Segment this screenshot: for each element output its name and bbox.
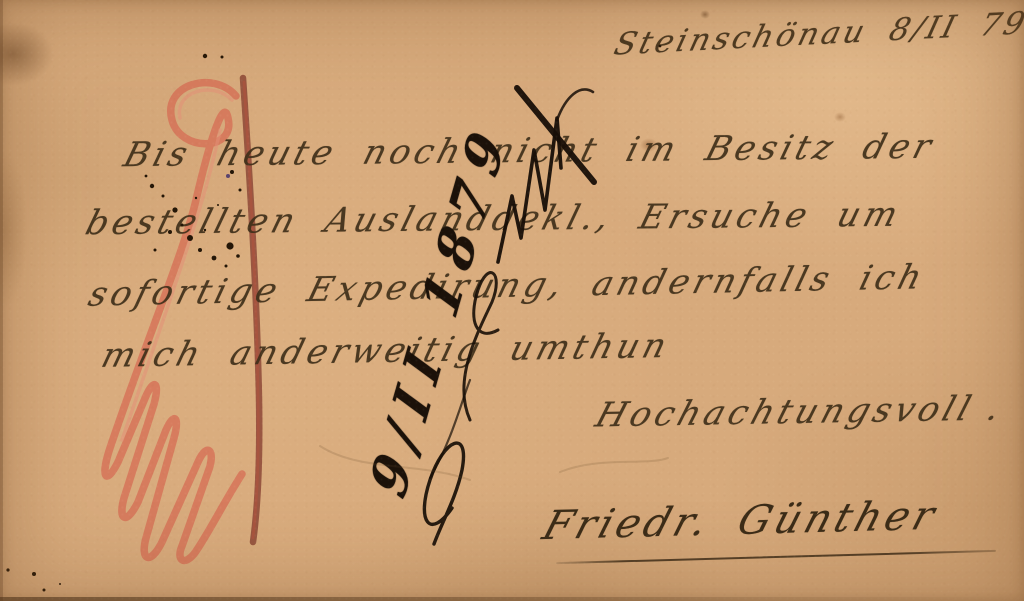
stain-left-edge: [0, 150, 28, 310]
postcard-scan: Steinschönau 8/II 79 Bis heute noch nich…: [0, 0, 1024, 601]
body-line-3: sofortige Expedirung, andernfalls ich: [84, 257, 930, 314]
signature-flourish-underline: [556, 550, 996, 565]
stain-top-left: [0, 22, 54, 86]
scan-edge-bottom: [0, 597, 1024, 601]
signature-line: Friedr. Günther: [538, 493, 944, 549]
body-line-4: mich anderweitig umthun: [97, 326, 674, 376]
violet-ink-dot: [226, 174, 230, 178]
scan-edge-left: [0, 0, 3, 601]
body-line-1: Bis heute noch nicht im Besitz der: [119, 127, 939, 175]
closing-line: Hochachtungsvoll .: [591, 388, 1010, 435]
foxing-spot-3: [700, 10, 710, 19]
dateline: Steinschönau 8/II 79: [610, 5, 1024, 62]
foxing-spot-2: [834, 112, 846, 122]
